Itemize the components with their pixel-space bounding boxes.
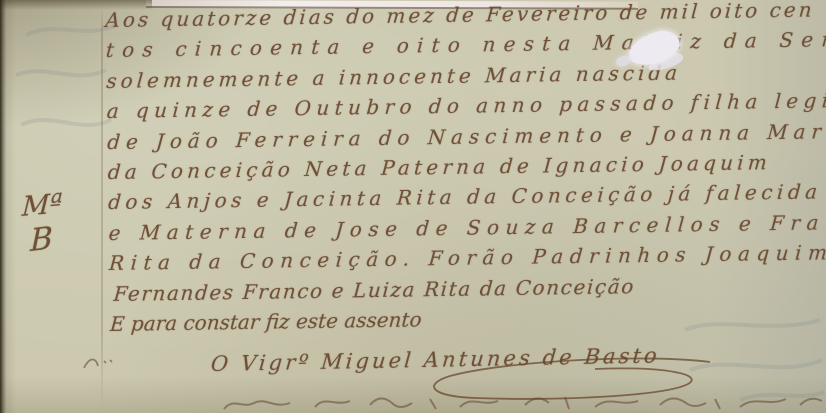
margin-pen-mark (82, 352, 116, 374)
margin-note-initial-b: B (30, 219, 63, 259)
margin-note: Mª B (22, 190, 62, 257)
manuscript-page-photo: Mª B Aos quatorze dias do mez de Feverei… (0, 0, 826, 413)
vicar-signature: O Vigrº Miguel Antunes de Basto (210, 343, 661, 376)
margin-rule-line (101, 4, 103, 409)
margin-note-initial-m: Mª (21, 188, 63, 223)
record-body-text: Aos quatorze dias do mez de Fevereiro de… (104, 0, 826, 339)
page-left-edge-shadow (0, 0, 6, 413)
partial-next-line-strokes (220, 393, 826, 413)
